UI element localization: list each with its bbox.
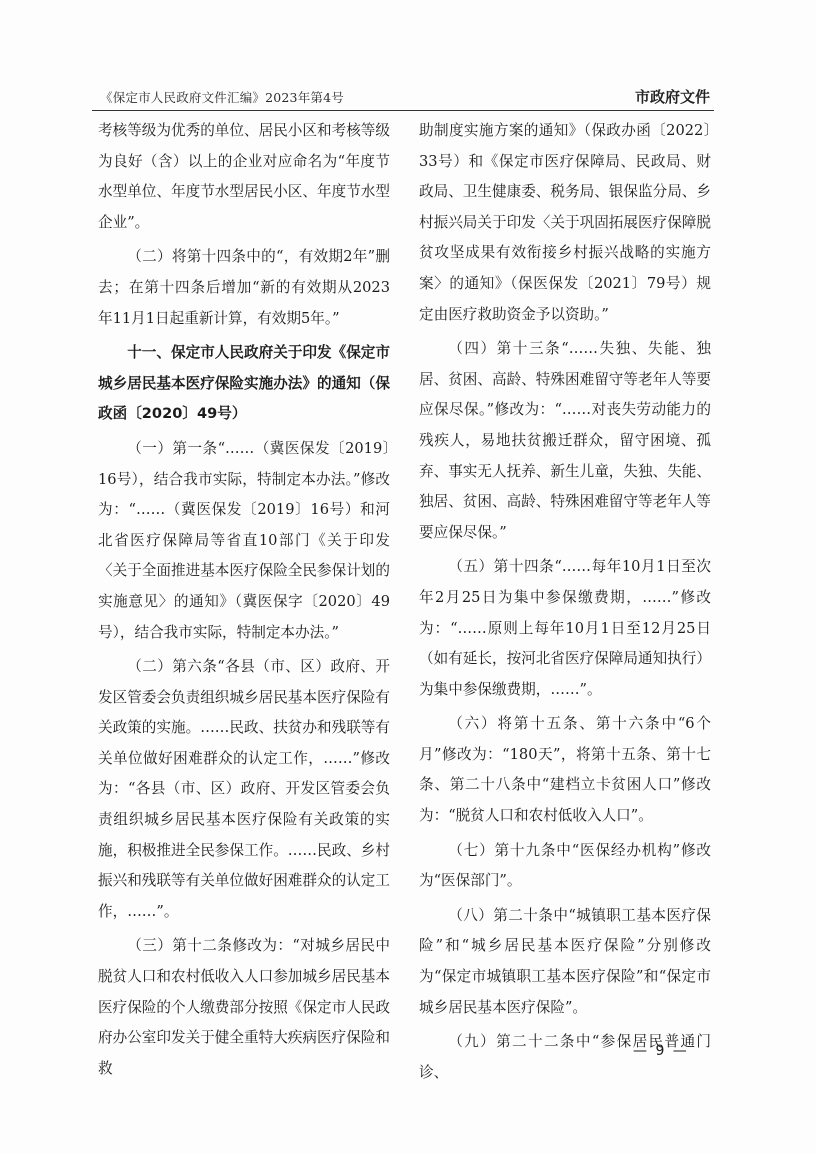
paragraph: （二）将第十四条中的“，有效期2年”删去；在第十四条后增加“新的有效期从2023… <box>98 242 390 334</box>
paragraph: （一）第一条“……（冀医保发〔2019〕16号），结合我市实际，特制定本办法。”… <box>98 434 390 648</box>
right-column: 助制度实施方案的通知》（保政办函〔2022〕33号）和《保定市医疗保障局、民政局… <box>419 116 711 1088</box>
paragraph: 助制度实施方案的通知》（保政办函〔2022〕33号）和《保定市医疗保障局、民政局… <box>419 116 711 330</box>
page-number: — 9 — <box>633 1043 689 1059</box>
paragraph: （三）第十二条修改为：“对城乡居民中脱贫人口和农村低收入人口参加城乡居民基本医疗… <box>98 931 390 1084</box>
paragraph: （七）第十九条中“医保经办机构”修改为“医保部门”。 <box>419 836 711 897</box>
paragraph: （四）第十三条“……失独、失能、独居、贫困、高龄、特殊困难留守等老年人等要应保尽… <box>419 334 711 548</box>
running-header: 《保定市人民政府文件汇编》2023年第4号 市政府文件 <box>92 84 714 110</box>
section-heading: 十一、保定市人民政府关于印发《保定市城乡居民基本医疗保险实施办法》的通知（保政函… <box>98 338 390 430</box>
paragraph: 考核等级为优秀的单位、居民小区和考核等级为良好（含）以上的企业对应命名为“年度节… <box>98 116 390 238</box>
paragraph: （八）第二十条中“城镇职工基本医疗保险”和“城乡居民基本医疗保险”分别修改为“保… <box>419 901 711 1023</box>
left-column: 考核等级为优秀的单位、居民小区和考核等级为良好（含）以上的企业对应命名为“年度节… <box>98 116 390 1084</box>
paragraph: （五）第十四条“……每年10月1日至次年2月25日为集中参保缴费期，……”修改为… <box>419 552 711 705</box>
paragraph: （二）第六条“各县（市、区）政府、开发区管委会负责组织城乡居民基本医疗保险有关政… <box>98 652 390 927</box>
publication-title: 《保定市人民政府文件汇编》2023年第4号 <box>100 88 344 106</box>
section-label: 市政府文件 <box>635 86 710 107</box>
paragraph: （六）将第十五条、第十六条中“6个月”修改为：“180天”，将第十五条、第十七条… <box>419 709 711 831</box>
header-divider <box>92 110 714 111</box>
